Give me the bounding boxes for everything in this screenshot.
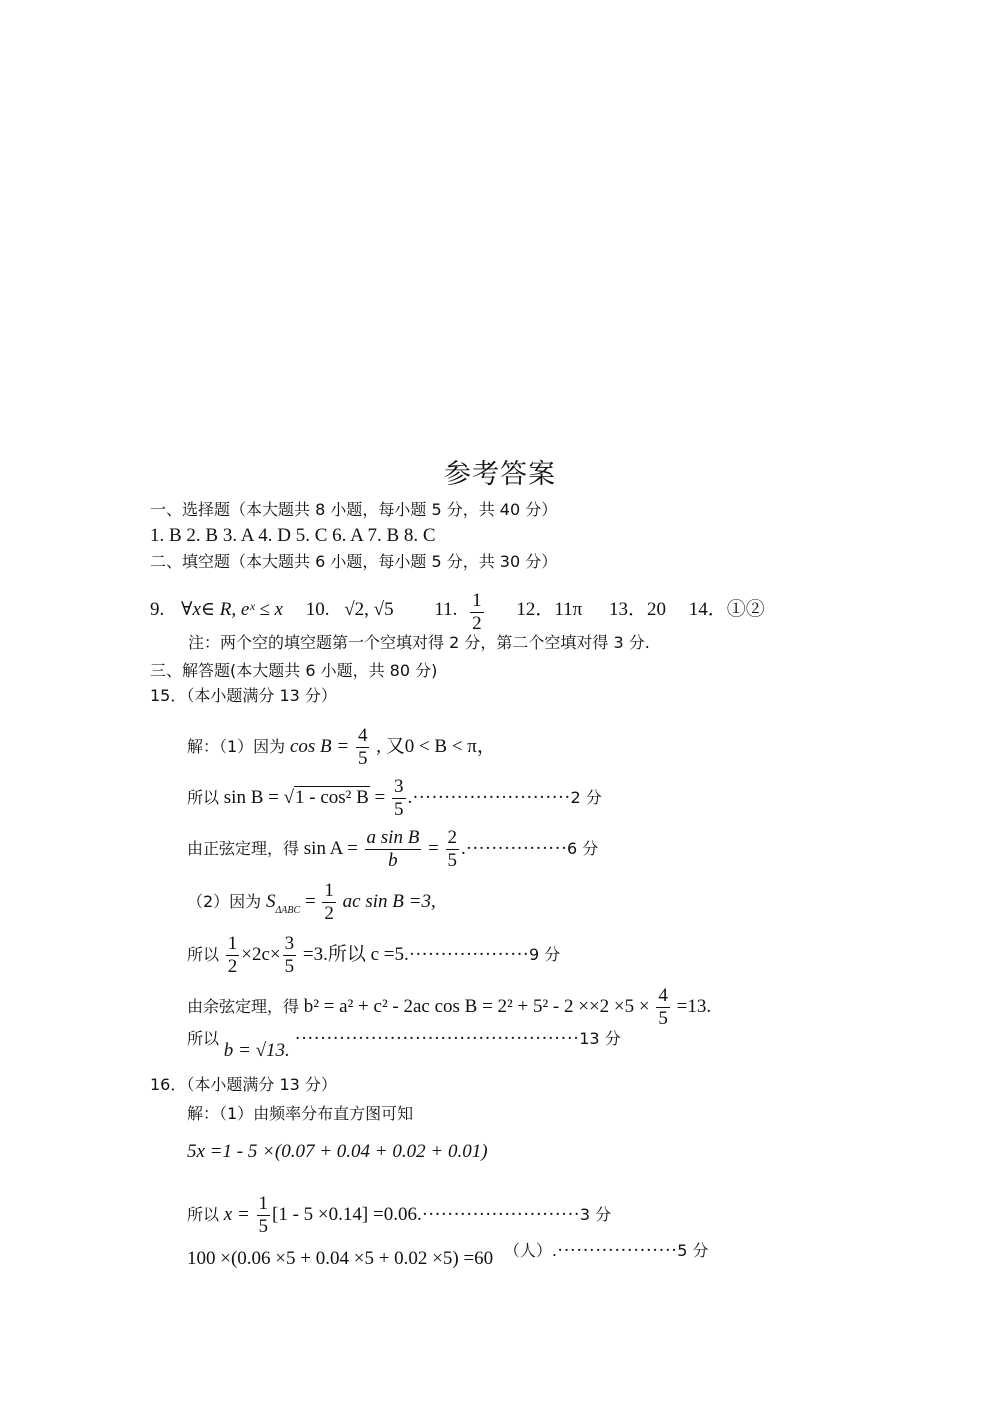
q15-line-1: 解：（1）因为 cos B = 4 5 , 又0 < B < π， (187, 725, 496, 770)
q15-line-5: 所以 1 2 ×2c× 3 5 =3.所以 c =5.·············… (187, 933, 560, 978)
sqrt-expression: √1 - cos² B (284, 787, 370, 809)
q15-l2-prefix: 所以 (187, 788, 219, 807)
denominator: 5 (392, 798, 406, 821)
q15-l6-prefix: 由余弦定理，得 (187, 997, 299, 1016)
equals: = (375, 787, 386, 808)
q15-header: 15．（本小题满分 13 分） (150, 685, 337, 707)
q15-l7-prefix: 所以 (187, 1029, 219, 1048)
leader-dots: .························· (408, 787, 571, 808)
denominator: 5 (257, 1215, 271, 1238)
q16-line-1: 解：（1）由频率分布直方图可知 (187, 1103, 413, 1125)
answer-key-page: 参考答案 一、选择题（本大题共 8 小题，每小题 5 分，共 40 分） 1. … (0, 0, 1000, 1415)
leader-dots: ··················· (557, 1240, 677, 1261)
denominator: 5 (656, 1007, 670, 1030)
q15-l1-fraction: 4 5 (356, 725, 370, 770)
q16-l3-suffix: [1 - 5 ×0.14] =0.06. (272, 1204, 422, 1225)
q15-line-6: 由余弦定理，得 b² = a² + c² - 2ac cos B = 2² + … (187, 985, 711, 1030)
denominator: b (365, 849, 422, 872)
q15-line-4: （2）因为 SΔABC = 1 2 ac sin B =3, (187, 880, 436, 925)
score-label: 2 分 (570, 788, 601, 807)
equals: = (428, 838, 439, 859)
q15-l7-expr: b = √13. (224, 1040, 290, 1061)
q10-answer: √2, √5 (344, 599, 393, 620)
q9-number: 9. (150, 599, 164, 620)
q15-l3-expr: sin A = (304, 838, 358, 859)
q15-l1-prefix: 解：（1）因为 (187, 737, 285, 756)
score-label: 3 分 (580, 1205, 611, 1224)
fill-answers-row: 9. ∀x∈ R, eˣ ≤ x 10. √2, √5 11. 1 2 12．1… (150, 590, 765, 635)
leader-dots: ········································… (295, 1028, 580, 1049)
q11-numerator: 1 (470, 590, 484, 612)
q15-l3-fraction-2: 2 5 (446, 827, 460, 872)
q16-line-4: 100 ×(0.06 ×5 + 0.04 ×5 + 0.02 ×5) =60 （… (187, 1240, 709, 1262)
numerator: 3 (283, 933, 297, 955)
q15-line-3: 由正弦定理，得 sin A = a sin B b = 2 5 .·······… (187, 827, 598, 872)
denominator: 5 (446, 849, 460, 872)
denominator: 2 (322, 902, 336, 925)
numerator: 4 (656, 985, 670, 1007)
denominator: 5 (283, 955, 297, 978)
q15-l5-prefix: 所以 (187, 945, 219, 964)
q15-l3-fraction: a sin B b (365, 827, 422, 872)
q11-fraction: 1 2 (470, 590, 484, 635)
leader-dots: ··················· (409, 944, 529, 965)
score-label: 9 分 (529, 945, 560, 964)
q15-l1-expr: cos B = (290, 736, 349, 757)
q15-l1-suffix: , 又0 < B < π， (376, 736, 496, 757)
section-2-heading: 二、填空题（本大题共 6 小题，每小题 5 分，共 30 分） (150, 551, 557, 573)
area-symbol: S (266, 891, 276, 912)
q15-l5-fraction-2: 3 5 (283, 933, 297, 978)
numerator: 1 (257, 1193, 271, 1215)
numerator: 3 (392, 776, 406, 798)
q15-l5-fraction: 1 2 (226, 933, 240, 978)
page-title: 参考答案 (0, 452, 1000, 491)
q10-number: 10. (306, 599, 330, 620)
q15-l4-fraction: 1 2 (322, 880, 336, 925)
q12-answer: 12．11π (516, 599, 582, 620)
denominator: 5 (356, 747, 370, 770)
equals: = (305, 891, 316, 912)
q15-l4-suffix: ac sin B =3, (343, 891, 436, 912)
q15-l4-prefix: （2）因为 (187, 892, 261, 911)
q16-line-3: 所以 x = 1 5 [1 - 5 ×0.14] =0.06.·········… (187, 1193, 611, 1238)
leader-dots: ························· (422, 1204, 580, 1225)
numerator: 1 (322, 880, 336, 902)
score-label: 5 分 (677, 1241, 708, 1260)
q15-l3-prefix: 由正弦定理，得 (187, 839, 299, 858)
q15-l2-fraction: 3 5 (392, 776, 406, 821)
q13-answer: 13．20 (609, 599, 666, 620)
q9-answer: ∀x∈ R, eˣ ≤ x (181, 599, 283, 620)
q16-l4-unit: （人）. (504, 1241, 557, 1260)
q11-number: 11. (434, 599, 457, 620)
section-1-heading: 一、选择题（本大题共 8 小题，每小题 5 分，共 40 分） (150, 499, 557, 521)
score-label: 13 分 (579, 1029, 620, 1048)
q16-l3-fraction: 1 5 (257, 1193, 271, 1238)
q15-l5-suffix: =3.所以 c =5. (303, 944, 409, 965)
q15-line-7: 所以 b = √13. ····························… (187, 1028, 621, 1050)
section-3-heading: 三、解答题(本大题共 6 小题，共 80 分) (150, 660, 437, 682)
denominator: 2 (226, 955, 240, 978)
q15-l6-suffix: =13. (677, 996, 711, 1017)
q15-l5-mid: ×2c× (241, 944, 280, 965)
q16-l3-x: x = (224, 1204, 250, 1225)
q16-line-2: 5x =1 - 5 ×(0.07 + 0.04 + 0.02 + 0.01) (187, 1141, 488, 1163)
choice-answers: 1. B 2. B 3. A 4. D 5. C 6. A 7. B 8. C (150, 525, 436, 547)
area-subscript: ΔABC (275, 905, 300, 916)
q16-l3-prefix: 所以 (187, 1205, 219, 1224)
numerator: 4 (356, 725, 370, 747)
numerator: 2 (446, 827, 460, 849)
q15-line-2: 所以 sin B = √1 - cos² B = 3 5 .··········… (187, 776, 602, 821)
q16-header: 16．（本小题满分 13 分） (150, 1074, 337, 1096)
leader-dots: .················ (461, 838, 567, 859)
fill-note: 注：两个空的填空题第一个空填对得 2 分，第二个空填对得 3 分. (188, 632, 650, 654)
q14-answer: 14．①② (689, 599, 765, 620)
score-label: 6 分 (567, 839, 598, 858)
q15-l6-expr: b² = a² + c² - 2ac cos B = 2² + 5² - 2 ×… (304, 996, 650, 1017)
q15-l2-expr: sin B = (224, 787, 279, 808)
numerator: a sin B (365, 827, 422, 849)
q16-l4-expr: 100 ×(0.06 ×5 + 0.04 ×5 + 0.02 ×5) =60 (187, 1248, 493, 1269)
numerator: 1 (226, 933, 240, 955)
q15-l6-fraction: 4 5 (656, 985, 670, 1030)
radicand: 1 - cos² B (294, 786, 370, 808)
